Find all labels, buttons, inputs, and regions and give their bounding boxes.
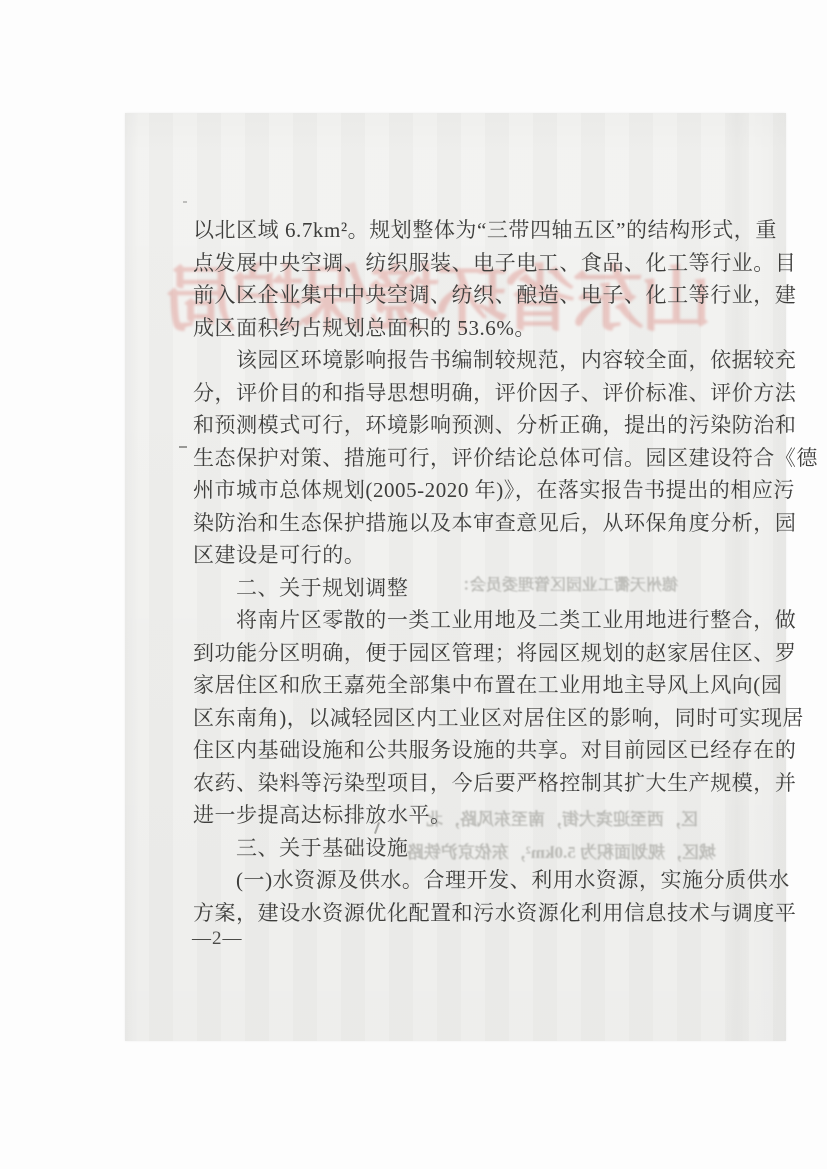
body-text-line: 以北区域 6.7km²。规划整体为“三带四轴五区”的结构形式，重 [193,214,715,247]
body-text-line: 区建设是可行的。 [193,539,715,572]
body-text-line: 前入区企业集中中央空调、纺织、酿造、电子、化工等行业，建 [193,279,715,312]
body-text-line: (一)水资源及供水。合理开发、利用水资源，实施分质供水 [193,864,715,897]
body-text-line: 染防治和生态保护措施以及本审查意见后，从环保角度分析，园 [193,507,715,540]
scan-speck [183,201,187,203]
body-text-line: 方案，建设水资源优化配置和污水资源化利用信息技术与调度平 [193,897,715,930]
document-body-text: 以北区域 6.7km²。规划整体为“三带四轴五区”的结构形式，重点发展中央空调、… [193,214,715,929]
scanned-document-page: 山东省环境保护局 德州天衢工业园区管理委员会： 区，西至迎宾大街，南至东风路，北… [0,0,827,1169]
body-text-line: 农药、染料等污染型项目，今后要严格控制其扩大生产规模，并 [193,767,715,800]
body-text-line: 三、关于基础设施 [193,832,715,865]
scan-speck [179,446,187,448]
body-text-line: 州市城市总体规划(2005-2020 年)》，在落实报告书提出的相应污 [193,474,715,507]
body-text-line: 区东南角)，以减轻园区内工业区对居住区的影响，同时可实现居 [193,702,715,735]
body-text-line: 和预测模式可行，环境影响预测、分析正确，提出的污染防治和 [193,409,715,442]
body-text-line: 分，评价目的和指导思想明确，评价因子、评价标准、评价方法 [193,377,715,410]
body-text-line: 成区面积约占规划总面积的 53.6%。 [193,312,715,345]
body-text-line: 二、关于规划调整 [193,572,715,605]
body-text-line: 住区内基础设施和公共服务设施的共享。对目前园区已经存在的 [193,734,715,767]
body-text-line: 到功能分区明确，便于园区管理；将园区规划的赵家居住区、罗 [193,637,715,670]
body-text-line: 进一步提高达标排放水平。 [193,799,715,832]
body-text-line: 生态保护对策、措施可行，评价结论总体可信。园区建设符合《德 [193,442,715,475]
body-text-line: 家居住区和欣王嘉苑全部集中布置在工业用地主导风上风向(园 [193,669,715,702]
page-number: —2— [192,928,243,950]
body-text-line: 将南片区零散的一类工业用地及二类工业用地进行整合，做 [193,604,715,637]
body-text-line: 点发展中央空调、纺织服装、电子电工、食品、化工等行业。目 [193,247,715,280]
body-text-line: 该园区环境影响报告书编制较规范，内容较全面，依据较充 [193,344,715,377]
